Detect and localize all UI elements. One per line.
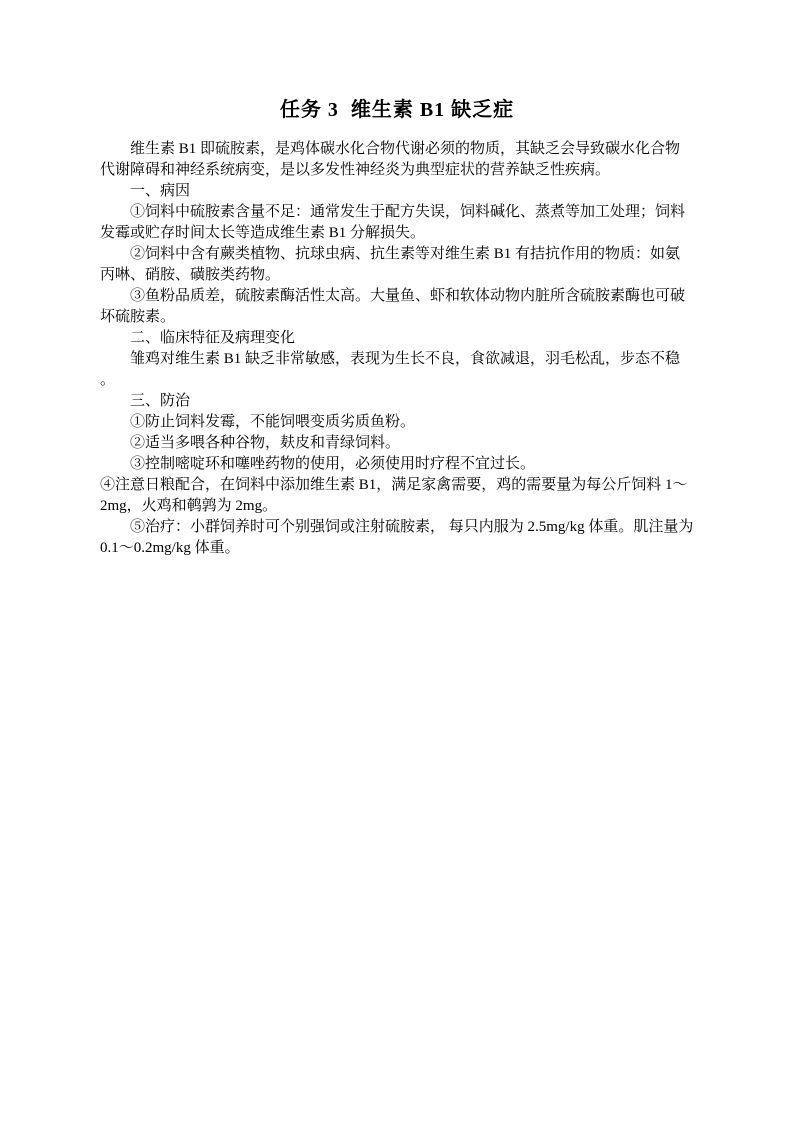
document-body: 任务 3 维生素 B1 缺乏症 维生素 B1 即硫胺素，是鸡体碳水化合物代谢必须… [0, 0, 793, 559]
prevention-item-1: ①防止饲料发霉，不能饲喂变质劣质鱼粉。 [100, 412, 694, 433]
prevention-item-3: ③控制嘧啶环和噻唑药物的使用，必须使用时疗程不宜过长。 [100, 454, 694, 475]
etiology-item-2: ②饲料中含有蕨类植物、抗球虫病、抗生素等对维生素 B1 有拮抗作用的物质：如氨丙… [100, 244, 694, 286]
section-heading-etiology: 一、病因 [100, 181, 694, 202]
etiology-item-1: ①饲料中硫胺素含量不足：通常发生于配方失误，饲料碱化、蒸煮等加工处理；饲料发霉或… [100, 202, 694, 244]
etiology-item-3: ③鱼粉品质差，硫胺素酶活性太高。大量鱼、虾和软体动物内脏所含硫胺素酶也可破坏硫胺… [100, 286, 694, 328]
clinical-paragraph: 雏鸡对维生素 B1 缺乏非常敏感，表现为生长不良，食欲减退，羽毛松乱，步态不稳 … [100, 349, 694, 391]
section-heading-clinical: 二、临床特征及病理变化 [100, 328, 694, 349]
intro-paragraph: 维生素 B1 即硫胺素，是鸡体碳水化合物代谢必须的物质，其缺乏会导致碳水化合物代… [100, 139, 694, 181]
prevention-item-2: ②适当多喂各种谷物，麸皮和青绿饲料。 [100, 433, 694, 454]
prevention-item-4: ④注意日粮配合，在饲料中添加维生素 B1，满足家禽需要，鸡的需要量为每公斤饲料 … [100, 475, 694, 517]
prevention-item-5: ⑤治疗：小群饲养时可个别强饲或注射硫胺素， 每只内服为 2.5mg/kg 体重。… [100, 517, 694, 559]
page-title: 任务 3 维生素 B1 缺乏症 [100, 96, 694, 124]
document-page: 任务 3 维生素 B1 缺乏症 维生素 B1 即硫胺素，是鸡体碳水化合物代谢必须… [0, 0, 793, 1122]
section-heading-prevention: 三、防治 [100, 391, 694, 412]
